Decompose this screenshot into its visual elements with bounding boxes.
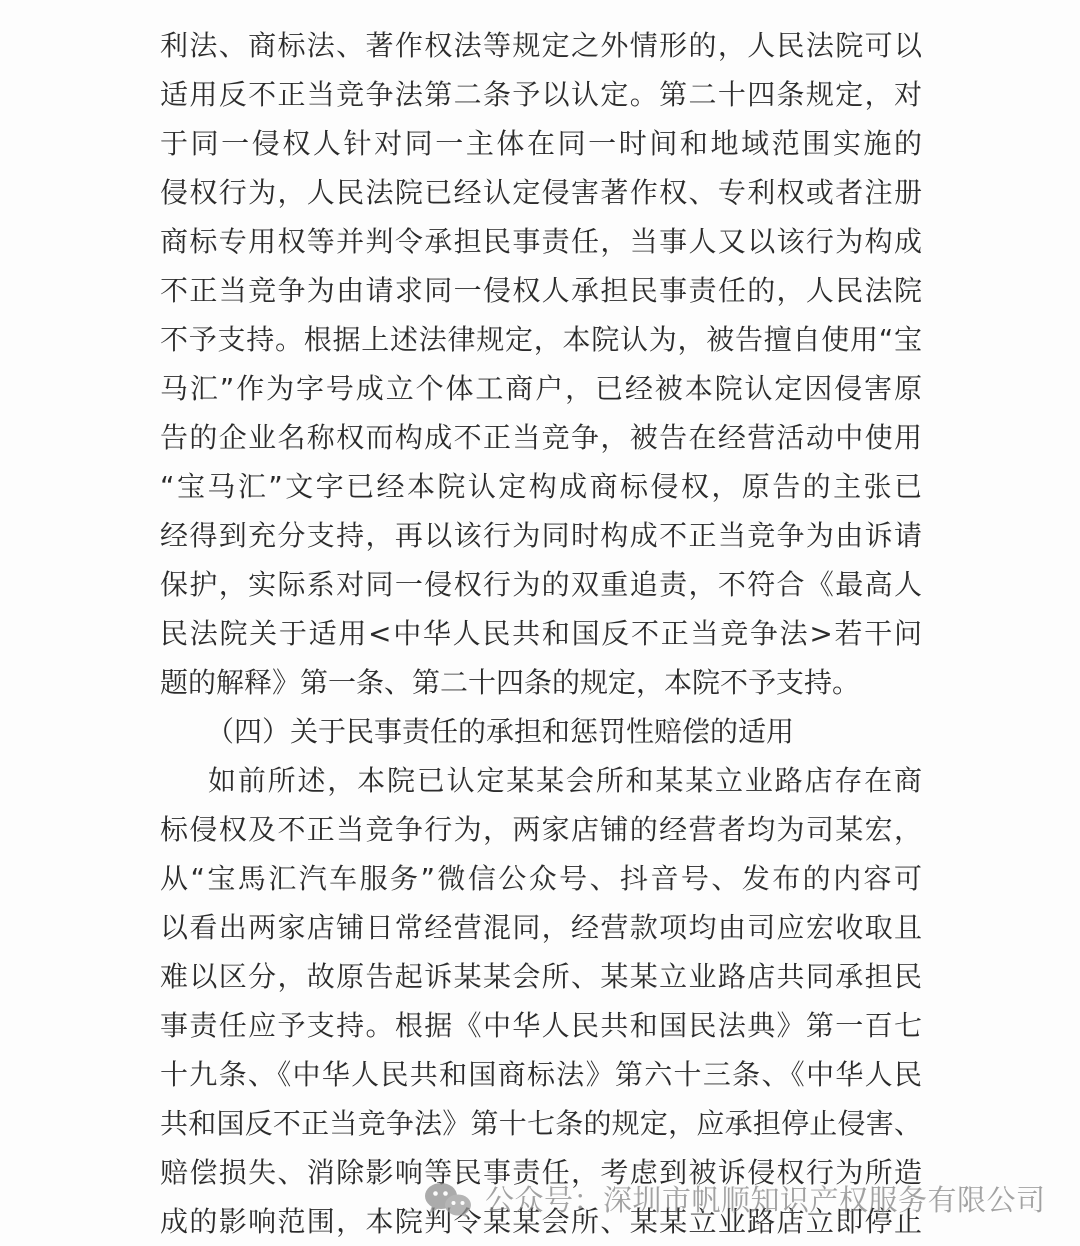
text-line: 马汇”作为字号成立个体工商户，已经被本院认定因侵害原 [160,364,922,413]
text-line: 题的解释》第一条、第二十四条的规定，本院不予支持。 [160,658,922,707]
text-line: 告的企业名称权而构成不正当竞争，被告在经营活动中使用 [160,413,922,462]
judgment-text: 利法、商标法、著作权法等规定之外情形的，人民法院可以适用反不正当竞争法第二条予以… [160,21,922,1246]
text-line: 利法、商标法、著作权法等规定之外情形的，人民法院可以 [160,21,922,70]
text-line: 不正当竞争为由请求同一侵权人承担民事责任的，人民法院 [160,266,922,315]
text-line: 标侵权及不正当竞争行为，两家店铺的经营者均为司某宏， [160,805,922,854]
text-line: 侵权行为，人民法院已经认定侵害著作权、专利权或者注册 [160,168,922,217]
text-line: 难以区分，故原告起诉某某会所、某某立业路店共同承担民 [160,952,922,1001]
text-line: 不予支持。根据上述法律规定，本院认为，被告擅自使用“宝 [160,315,922,364]
text-line: 成的影响范围，本院判令某某会所、某某立业路店立即停止 [160,1197,922,1246]
text-line: 赔偿损失、消除影响等民事责任，考虑到被诉侵权行为所造 [160,1148,922,1197]
document-page: 利法、商标法、著作权法等规定之外情形的，人民法院可以适用反不正当竞争法第二条予以… [0,0,1080,1246]
text-line: 民法院关于适用<中华人民共和国反不正当竞争法>若干问 [160,609,922,658]
text-line: 于同一侵权人针对同一主体在同一时间和地域范围实施的 [160,119,922,168]
text-line: （四）关于民事责任的承担和惩罚性赔偿的适用 [160,707,922,756]
text-line: 经得到充分支持，再以该行为同时构成不正当竞争为由诉请 [160,511,922,560]
text-line: 商标专用权等并判令承担民事责任，当事人又以该行为构成 [160,217,922,266]
text-line: 事责任应予支持。根据《中华人民共和国民法典》第一百七 [160,1001,922,1050]
text-line: 十九条、《中华人民共和国商标法》第六十三条、《中华人民 [160,1050,922,1099]
text-line: 适用反不正当竞争法第二条予以认定。第二十四条规定，对 [160,70,922,119]
text-line: 从“宝馬汇汽车服务”微信公众号、抖音号、发布的内容可 [160,854,922,903]
text-line: 保护，实际系对同一侵权行为的双重追责，不符合《最高人 [160,560,922,609]
text-line: “宝马汇”文字已经本院认定构成商标侵权，原告的主张已 [160,462,922,511]
text-line: 共和国反不正当竞争法》第十七条的规定，应承担停止侵害、 [160,1099,922,1148]
text-line: 如前所述，本院已认定某某会所和某某立业路店存在商 [160,756,922,805]
text-line: 以看出两家店铺日常经营混同，经营款项均由司应宏收取且 [160,903,922,952]
